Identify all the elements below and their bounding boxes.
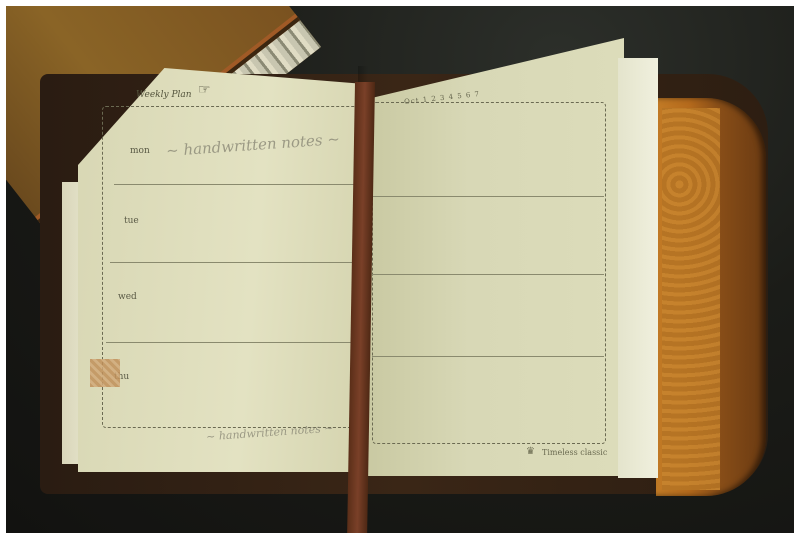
cover-flap-lining [662,108,720,490]
day-label-mon: mon [130,146,150,156]
right-page-stack [618,58,658,478]
photo: Weekly Plan ☞ mon tue wed thu ~ handwrit… [6,6,794,533]
left-rule-3 [106,342,358,343]
left-rule-2 [110,262,358,263]
right-rule-2 [372,274,604,275]
right-page-frame [372,102,606,444]
stamp-mark [90,359,120,387]
pointing-hand-icon: ☞ [198,82,211,98]
right-rule-1 [372,196,604,197]
crown-icon: ♛ [526,446,535,457]
right-rule-3 [372,356,604,357]
day-label-tue: tue [124,216,139,226]
left-rule-1 [114,184,358,185]
brand-text: Timeless classic [542,448,607,457]
weekly-plan-heading: Weekly Plan [136,90,192,100]
day-label-wed: wed [118,292,137,302]
